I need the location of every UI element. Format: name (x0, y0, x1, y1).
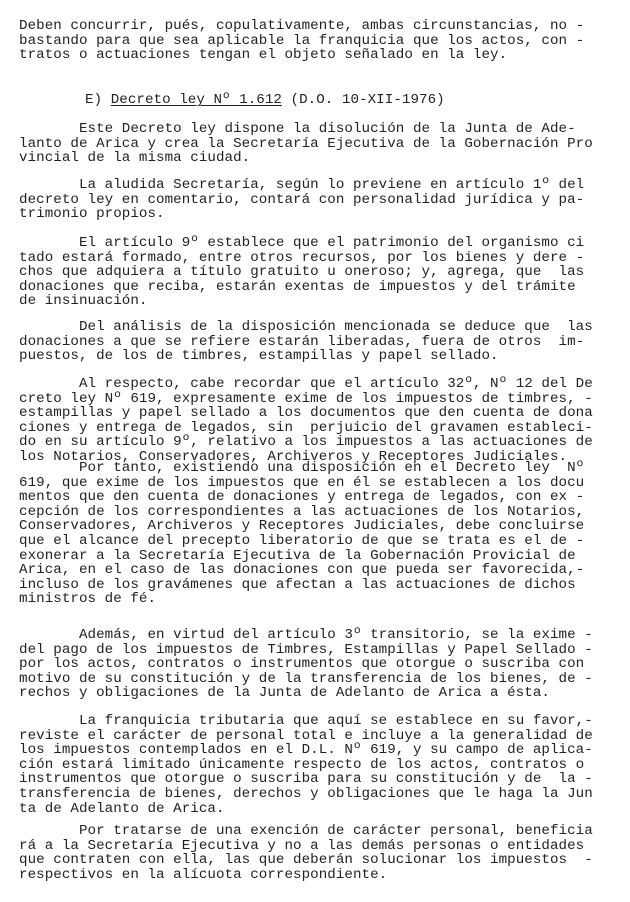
text-line: Además, en virtud del artículo 3º transi… (19, 628, 593, 642)
text-line: trimonio propios. (19, 207, 165, 221)
text-line: La franquicia tributaria que aquí se est… (19, 714, 593, 728)
text-line: los impuestos contemplados en el D.L. Nº… (19, 743, 593, 757)
text-line: rechos y obligaciones de la Junta de Ade… (19, 686, 550, 700)
text-line: incluso de los gravámenes que afectan a … (19, 578, 576, 592)
text-line: por los actos, contratos o instrumentos … (19, 657, 584, 671)
text-line: motivo de su constitución y de la transf… (19, 672, 593, 686)
text-line: respectivos en la alícuota correspondien… (19, 868, 387, 882)
text-line: transferencia de bienes, derechos y obli… (19, 787, 593, 801)
text-line: vincial de la misma ciudad. (19, 151, 250, 165)
text-line: Por tratarse de una exención de carácter… (19, 824, 593, 838)
text-line: ción estará limitado únicamente respecto… (19, 758, 584, 772)
text-line: que contraten con ella, las que deberán … (19, 853, 593, 867)
text-line: El artículo 9º establece que el patrimon… (19, 236, 584, 250)
text-line: donaciones a que se refiere estarán libe… (19, 335, 584, 349)
text-line: 619, que exime de los impuestos que en é… (19, 476, 584, 490)
text-line: do en su artículo 9º, relativo a los imp… (19, 435, 593, 449)
text-line: rá a la Secretaría Ejecutiva y no a las … (19, 839, 584, 853)
text-line: estampillas y papel sellado a los docume… (19, 406, 593, 420)
text-line: donaciones que reciba, estarán exentas d… (19, 280, 576, 294)
text-line: de insinuación. (19, 294, 147, 308)
text-line: instrumentos que otorgue o suscriba para… (19, 772, 593, 786)
text-line: Del análisis de la disposición mencionad… (19, 320, 593, 334)
text-line: Deben concurrir, pués, copulativamente, … (19, 19, 584, 33)
text-line: Arica, en el caso de las donaciones con … (19, 563, 584, 577)
text-line: Al respecto, cabe recordar que el artícu… (19, 377, 593, 391)
heading-prefix: E) (85, 92, 111, 108)
text-line: ta de Adelanto de Arica. (19, 802, 225, 816)
section-heading: E) Decreto ley Nº 1.612 (D.O. 10-XII-197… (85, 93, 445, 107)
text-line: tratos o actuaciones tengan el objeto se… (19, 48, 507, 62)
text-line: exonerar a la Secretaría Ejecutiva de la… (19, 549, 576, 563)
text-line: cepción de los correspondientes a las ac… (19, 505, 584, 519)
text-line: ciones y entrega de legados, sin perjuic… (19, 421, 593, 435)
text-line: La aludida Secretaría, según lo previene… (19, 178, 584, 192)
text-line: reviste el carácter de personal total e … (19, 729, 593, 743)
text-line: puestos, de los de timbres, estampillas … (19, 349, 499, 363)
heading-title: Decreto ley Nº 1.612 (111, 92, 282, 108)
text-line: que el alcance del precepto liberatorio … (19, 534, 584, 548)
text-line: creto ley Nº 619, expresamente exime de … (19, 392, 593, 406)
heading-date: (D.O. 10-XII-1976) (282, 92, 445, 108)
text-line: Conservadores, Archiveros y Receptores J… (19, 519, 584, 533)
text-line: ministros de fé. (19, 592, 156, 606)
text-line: lanto de Arica y crea la Secretaría Ejec… (19, 137, 593, 151)
text-line: mentos que den cuenta de donaciones y en… (19, 490, 584, 504)
text-line: del pago de los impuestos de Timbres, Es… (19, 643, 593, 657)
text-line: Por tanto, existiendo una disposición en… (19, 461, 584, 475)
text-line: chos que adquiera a título gratuito u on… (19, 265, 584, 279)
text-line: tado estará formado, entre otros recurso… (19, 251, 584, 265)
text-line: decreto ley en comentario, contará con p… (19, 193, 584, 207)
text-line: Este Decreto ley dispone la disolución d… (19, 122, 576, 136)
scanned-document-page: Deben concurrir, pués, copulativamente, … (0, 0, 630, 902)
text-line: bastando para que sea aplicable la franq… (19, 34, 584, 48)
